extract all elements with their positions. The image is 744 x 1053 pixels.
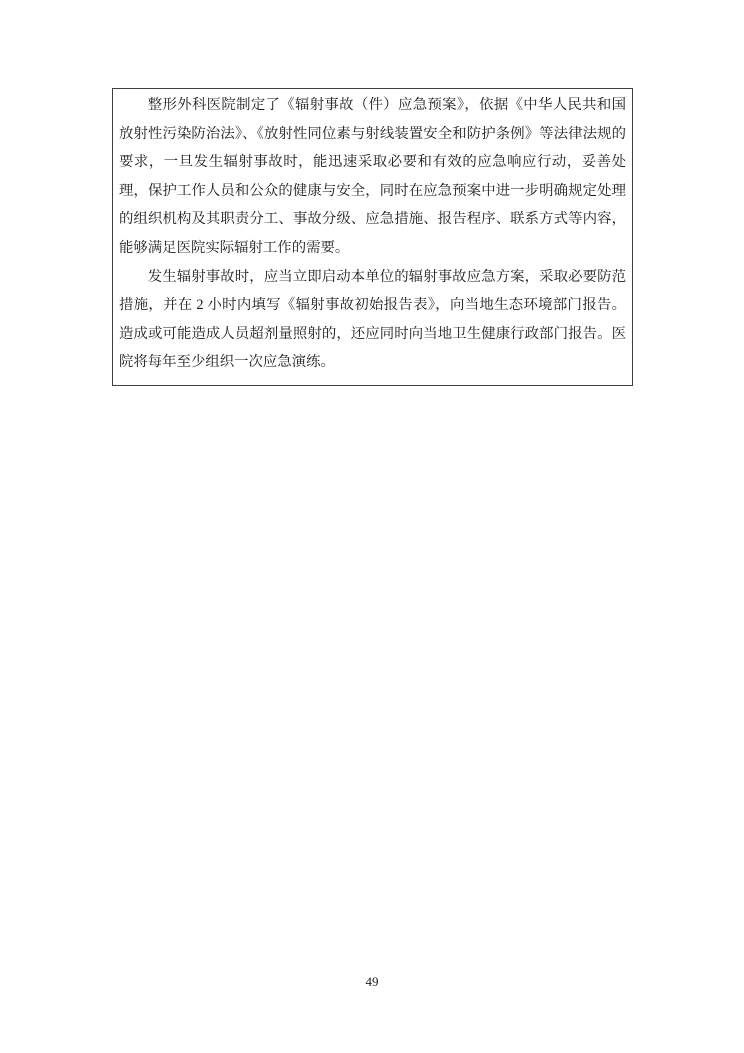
radiation-emergency-text-box: 整形外科医院制定了《辐射事故（件）应急预案》，依据《中华人民共和国放射性污染防治…: [112, 88, 633, 386]
page-number: 49: [0, 973, 744, 990]
paragraph-emergency-plan: 整形外科医院制定了《辐射事故（件）应急预案》，依据《中华人民共和国放射性污染防治…: [119, 91, 626, 263]
document-page: 整形外科医院制定了《辐射事故（件）应急预案》，依据《中华人民共和国放射性污染防治…: [0, 0, 744, 1053]
paragraph-accident-reporting: 发生辐射事故时，应当立即启动本单位的辐射事故应急方案，采取必要防范措施，并在 2…: [119, 263, 626, 377]
